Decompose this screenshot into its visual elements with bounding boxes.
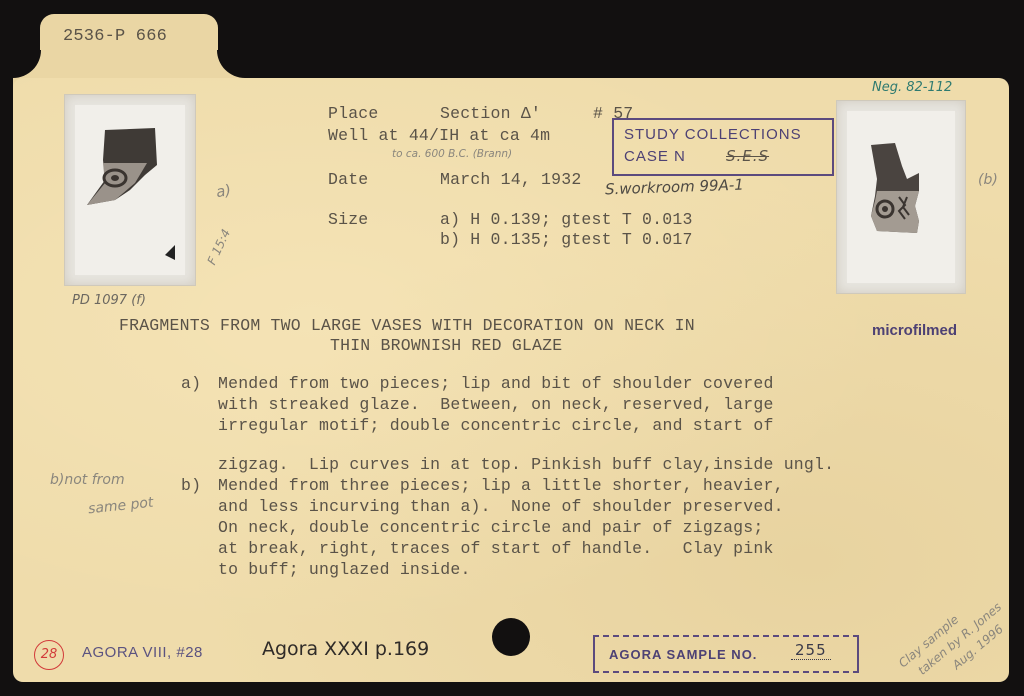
- study-collections-line1: STUDY COLLECTIONS: [624, 126, 802, 143]
- place-value: Section Δ': [440, 104, 541, 124]
- desc-b-line3: On neck, double concentric circle and pa…: [218, 518, 764, 538]
- b-note-line1: b)not from: [50, 472, 125, 488]
- photo-fragment-a: [64, 94, 196, 286]
- punch-hole: [492, 618, 530, 656]
- desc-a-line1: Mended from two pieces; lip and bit of s…: [218, 374, 774, 394]
- agora-xxxi-reference: Agora XXXI p.169: [262, 638, 429, 660]
- pd-reference: PD 1097 (f): [72, 293, 146, 308]
- agora-sample-number: 255: [791, 641, 831, 660]
- negative-number: Neg. 82-112: [872, 80, 952, 95]
- desc-b-line4: at break, right, traces of start of hand…: [218, 539, 774, 559]
- fragment-b-image: [847, 111, 955, 283]
- agora-sample-stamp: AGORA SAMPLE NO. 255: [593, 635, 859, 673]
- catalog-number: 2536-P 666: [63, 27, 167, 47]
- photo-a-label: a): [215, 181, 233, 201]
- photo-b-label: (b): [978, 172, 998, 188]
- fragment-a-image: [75, 105, 185, 275]
- desc-a-line4: zigzag. Lip curves in at top. Pinkish bu…: [218, 455, 834, 475]
- location-note: to ca. 600 B.C. (Brann): [392, 148, 512, 160]
- study-collections-line2: CASE N: [624, 148, 686, 165]
- agora-sample-label: AGORA SAMPLE NO.: [609, 647, 757, 662]
- case-number-struck: S.E.S: [726, 147, 769, 165]
- desc-b-marker: b): [181, 476, 201, 496]
- agora-reference-stamp: AGORA VIII, #28: [82, 644, 203, 661]
- photo-fragment-b: [836, 100, 966, 294]
- date-value: March 14, 1932: [440, 170, 581, 190]
- size-a: a) H 0.139; gtest T 0.013: [440, 210, 693, 230]
- desc-a-line3: irregular motif; double concentric circl…: [218, 416, 774, 436]
- study-collections-stamp: STUDY COLLECTIONS CASE N S.E.S: [612, 118, 834, 176]
- size-b: b) H 0.135; gtest T 0.017: [440, 230, 693, 250]
- desc-b-line5: to buff; unglazed inside.: [218, 560, 471, 580]
- circled-number: 28: [34, 640, 64, 670]
- place-label: Place: [328, 104, 379, 124]
- desc-a-marker: a): [181, 374, 201, 394]
- date-label: Date: [328, 170, 368, 190]
- object-title-line2: THIN BROWNISH RED GLAZE: [330, 336, 562, 356]
- microfilmed-stamp: microfilmed: [872, 322, 957, 339]
- desc-a-line2: with streaked glaze. Between, on neck, r…: [218, 395, 774, 415]
- desc-b-line2: and less incurving than a). None of shou…: [218, 497, 784, 517]
- location-value: Well at 44/IH at ca 4m: [328, 126, 550, 146]
- circled-number-text: 28: [41, 647, 58, 662]
- size-label: Size: [328, 210, 368, 230]
- object-title-line1: FRAGMENTS FROM TWO LARGE VASES WITH DECO…: [119, 316, 695, 336]
- desc-b-line1: Mended from three pieces; lip a little s…: [218, 476, 784, 496]
